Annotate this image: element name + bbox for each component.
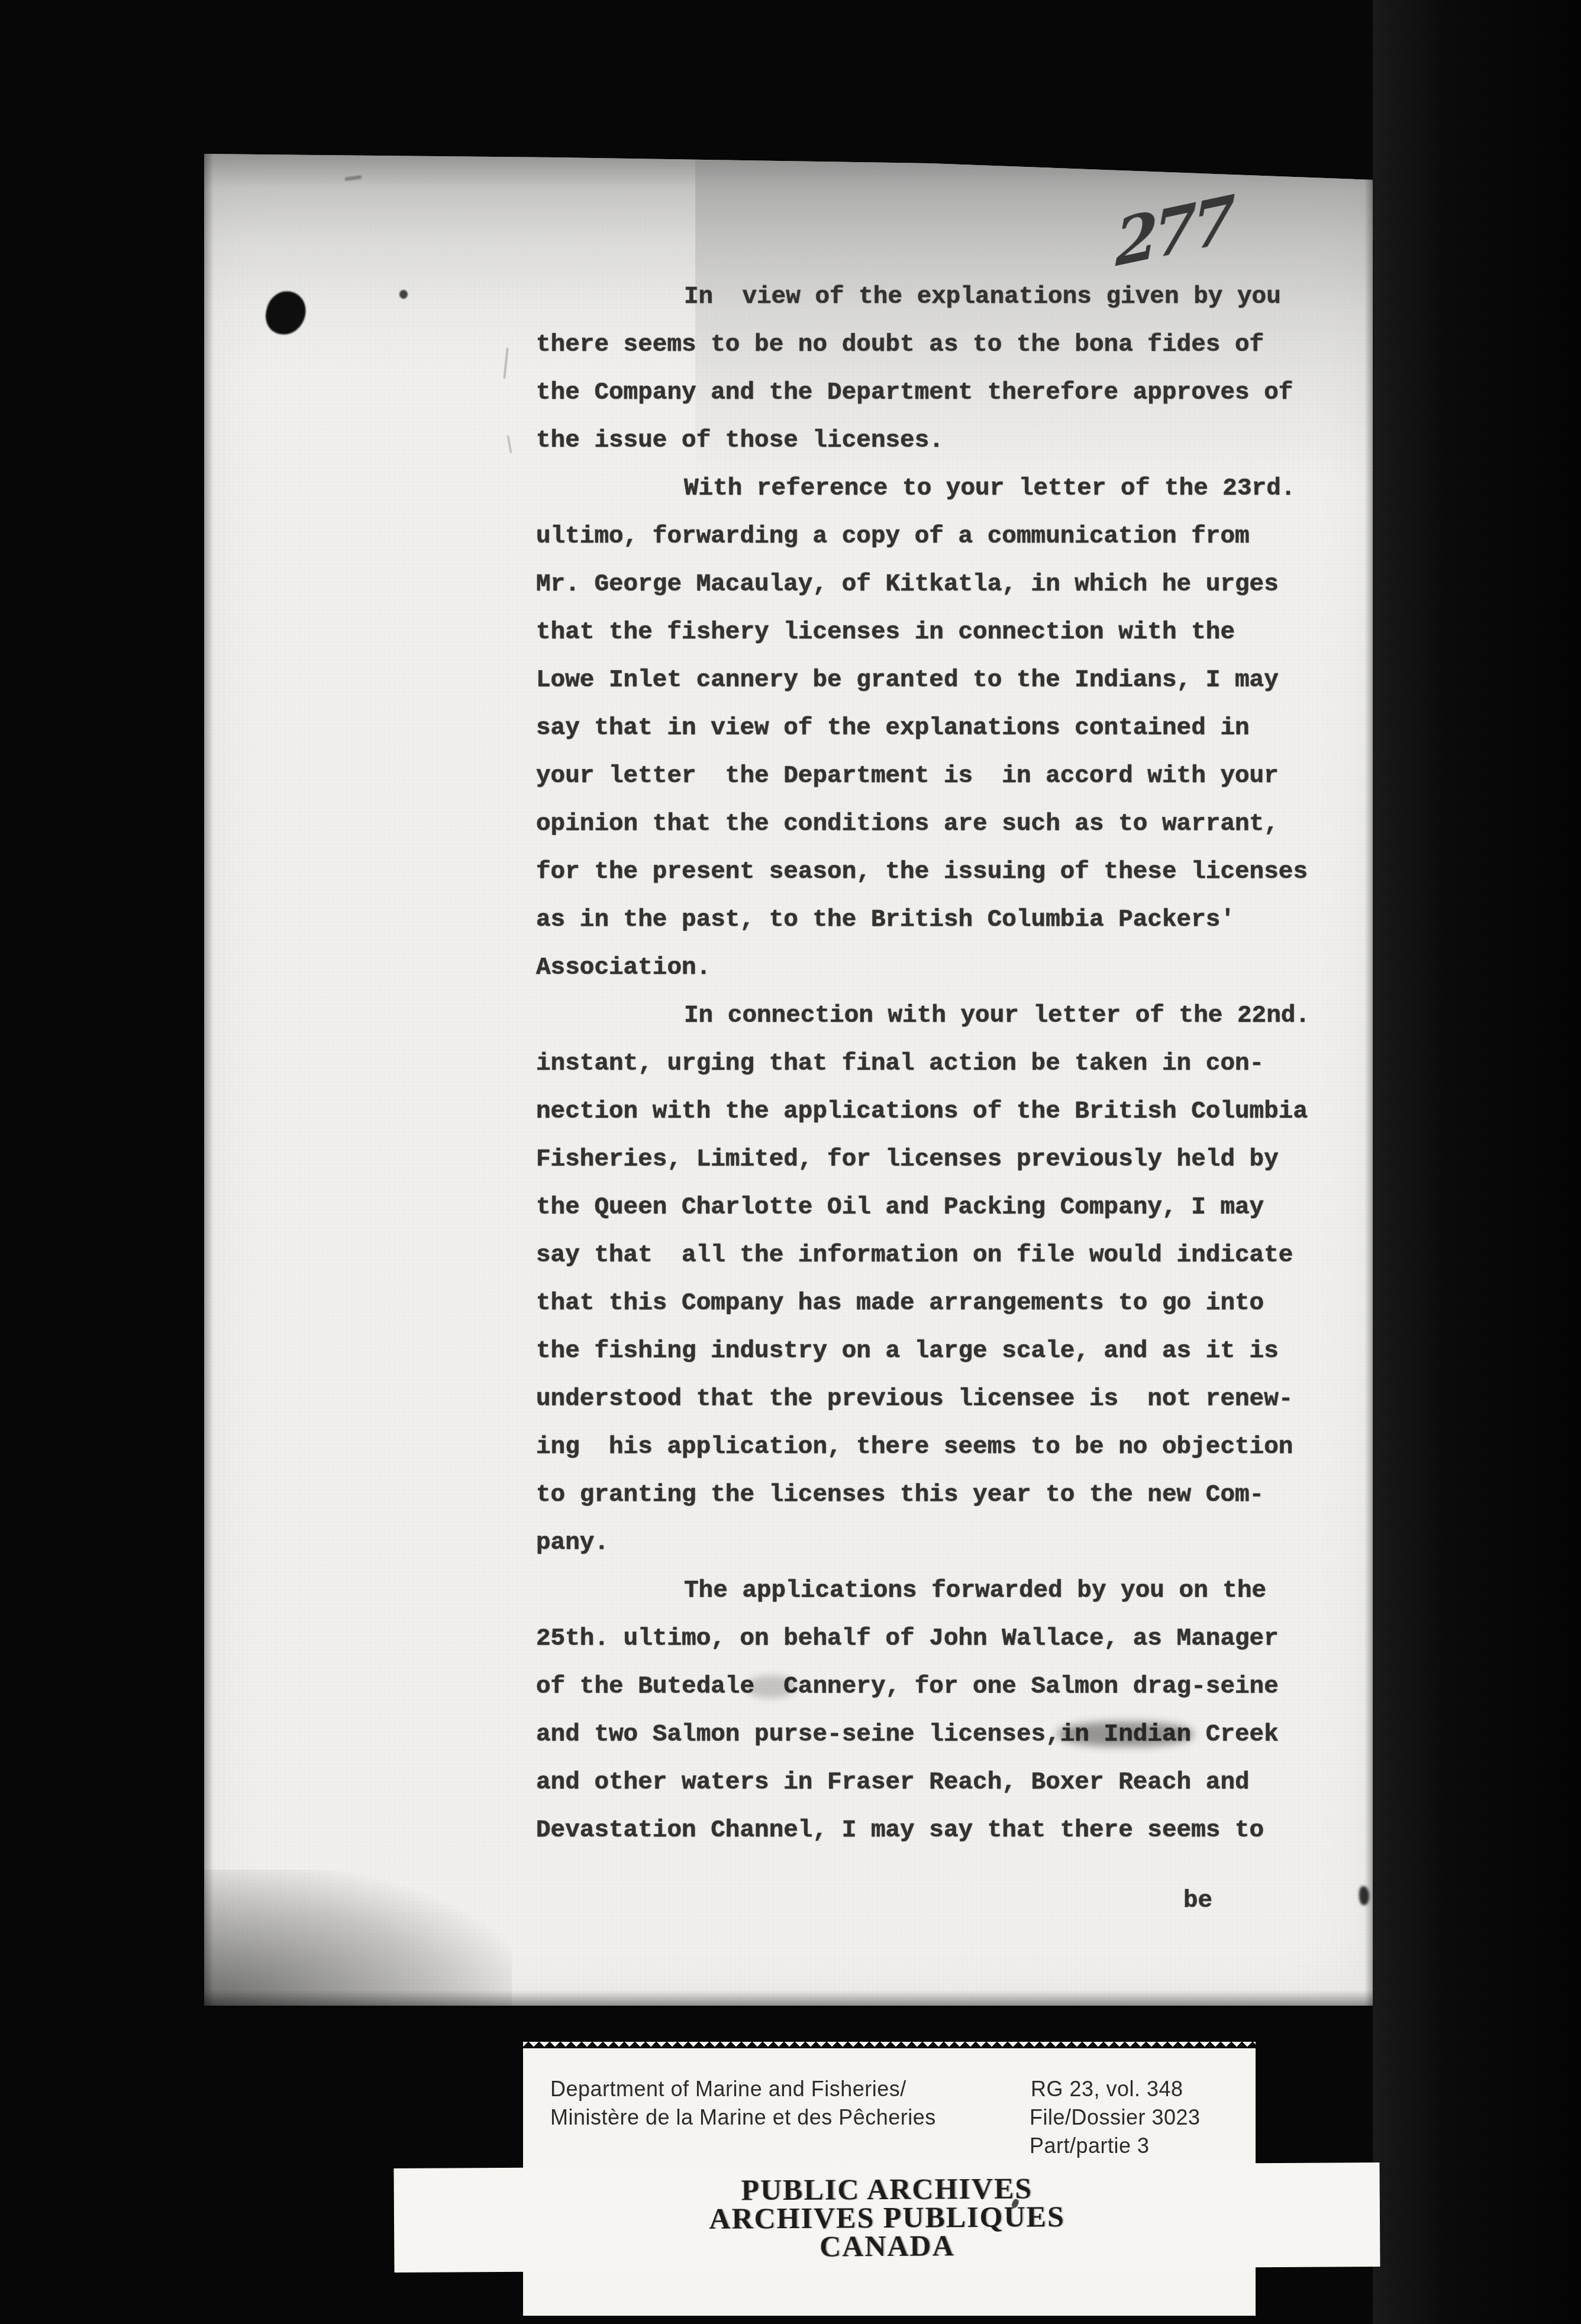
letter-line: for the present season, the issuing of t…: [536, 858, 1308, 886]
page-left-edge-shadow: [204, 153, 214, 2006]
stamp-line-canada: CANADA: [394, 2229, 1380, 2263]
page-right-edge-shadow: [1364, 153, 1373, 2006]
label-department-fr: Ministère de la Marine et des Pêcheries: [550, 2105, 936, 2130]
letter-line: Lowe Inlet cannery be granted to the Ind…: [536, 666, 1279, 695]
letter-line: 25th. ultimo, on behalf of John Wallace,…: [536, 1625, 1279, 1653]
label-part-partie: Part/partie 3: [1030, 2133, 1150, 2158]
letter-line: nection with the applications of the Bri…: [536, 1098, 1308, 1126]
letter-line: pany.: [536, 1529, 609, 1557]
letter-line: Fisheries, Limited, for licenses previou…: [536, 1145, 1279, 1174]
letter-line: instant, urging that final action be tak…: [536, 1050, 1264, 1078]
letter-line: the issue of those licenses.: [536, 427, 944, 455]
letter-line: With reference to your letter of the 23r…: [536, 475, 1295, 503]
label-file-dossier: File/Dossier 3023: [1030, 2105, 1201, 2130]
letter-line: In view of the explanations given by you: [536, 283, 1281, 311]
letter-line: Mr. George Macaulay, of Kitkatla, in whi…: [536, 570, 1279, 599]
page-bottom-edge-shadow: [204, 1990, 1373, 2006]
letter-line: your letter the Department is in accord …: [536, 762, 1279, 790]
public-archives-stamp: PUBLIC ARCHIVES ARCHIVES PUBLIQUES CANAD…: [393, 2162, 1380, 2273]
letter-line: that the fishery licenses in connection …: [536, 618, 1235, 647]
ink-smudge: [746, 1676, 796, 1698]
letter-line: The applications forwarded by you on the: [536, 1577, 1266, 1605]
letter-line: understood that the previous licensee is…: [536, 1385, 1293, 1413]
letter-line: Association.: [536, 954, 711, 982]
letter-line: ing his application, there seems to be n…: [536, 1433, 1293, 1461]
letter-line: and other waters in Fraser Reach, Boxer …: [536, 1768, 1250, 1797]
ink-smudge: [1057, 1722, 1193, 1747]
letter-line: the Company and the Department therefore…: [536, 379, 1293, 407]
letter-line: say that in view of the explanations con…: [536, 714, 1250, 743]
letter-line: as in the past, to the British Columbia …: [536, 906, 1235, 934]
scan-right-falloff: [1373, 0, 1581, 2324]
letter-line: of the Butedale Cannery, for one Salmon …: [536, 1673, 1279, 1701]
page-bottom-left-shadow: [204, 1870, 512, 2006]
stamp-line-english: PUBLIC ARCHIVES: [393, 2162, 1379, 2206]
letter-line: Devastation Channel, I may say that ther…: [536, 1816, 1264, 1845]
letter-page: 277 In view of the explanations given by…: [204, 153, 1373, 2006]
letter-line: say that all the information on file wou…: [536, 1241, 1293, 1270]
label-rg-volume: RG 23, vol. 348: [1031, 2077, 1183, 2102]
ink-speck: [399, 290, 408, 299]
letter-line: the fishing industry on a large scale, a…: [536, 1337, 1279, 1366]
letter-line: to granting the licenses this year to th…: [536, 1481, 1264, 1509]
margin-pencil-mark: [506, 435, 512, 453]
edge-ink-blob: [1359, 1886, 1369, 1905]
catchword: be: [1183, 1887, 1212, 1915]
letter-line: In connection with your letter of the 22…: [536, 1002, 1310, 1030]
scan-background: 277 In view of the explanations given by…: [0, 0, 1581, 2324]
letter-line: that this Company has made arrangements …: [536, 1289, 1264, 1318]
label-department-en: Department of Marine and Fisheries/: [550, 2077, 906, 2102]
letter-line: ultimo, forwarding a copy of a communica…: [536, 522, 1250, 551]
letter-line: opinion that the conditions are such as …: [536, 810, 1279, 838]
letter-line: the Queen Charlotte Oil and Packing Comp…: [536, 1193, 1264, 1222]
letter-line: there seems to be no doubt as to the bon…: [536, 331, 1264, 359]
